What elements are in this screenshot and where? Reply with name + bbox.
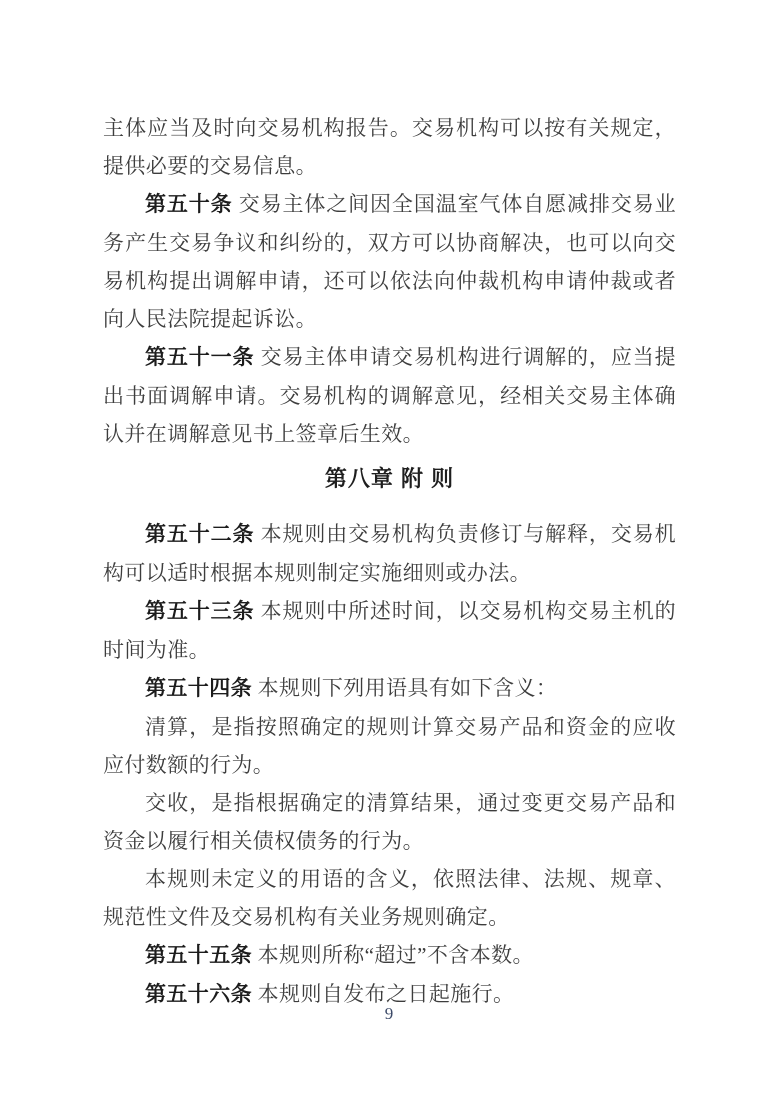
body-paragraph: 清算，是指按照确定的规则计算交易产品和资金的应收应付数额的行为。	[103, 708, 676, 784]
paragraph-text: 主体应当及时向交易机构报告。交易机构可以按有关规定，提供必要的交易信息。	[103, 116, 676, 178]
article-paragraph: 第五十一条 交易主体申请交易机构进行调解的，应当提出书面调解申请。交易机构的调解…	[103, 338, 676, 453]
paragraph-text: 本规则未定义的用语的含义，依照法律、法规、规章、规范性文件及交易机构有关业务规则…	[103, 867, 676, 929]
body-paragraph: 本规则未定义的用语的含义，依照法律、法规、规章、规范性文件及交易机构有关业务规则…	[103, 860, 676, 936]
paragraph-text: 本规则所称“超过”不含本数。	[258, 943, 534, 967]
article-number: 第五十四条	[145, 677, 252, 700]
article-number: 第五十三条	[145, 600, 254, 623]
body-paragraph: 交收，是指根据确定的清算结果，通过变更交易产品和资金以履行相关债权债务的行为。	[103, 784, 676, 860]
paragraph-text: 本规则下列用语具有如下含义：	[258, 676, 558, 700]
article-number: 第五十二条	[145, 523, 254, 546]
page-content: 主体应当及时向交易机构报告。交易机构可以按有关规定，提供必要的交易信息。第五十条…	[103, 109, 676, 1014]
article-paragraph: 第五十二条 本规则由交易机构负责修订与解释，交易机构可以适时根据本规则制定实施细…	[103, 515, 676, 592]
page-number: 9	[0, 1003, 778, 1025]
article-paragraph: 第五十三条 本规则中所述时间，以交易机构交易主机的时间为准。	[103, 592, 676, 669]
article-number: 第五十一条	[145, 346, 254, 369]
paragraph-text: 交收，是指根据确定的清算结果，通过变更交易产品和资金以履行相关债权债务的行为。	[103, 791, 676, 853]
body-paragraph: 主体应当及时向交易机构报告。交易机构可以按有关规定，提供必要的交易信息。	[103, 109, 676, 185]
article-paragraph: 第五十五条 本规则所称“超过”不含本数。	[103, 936, 676, 975]
article-paragraph: 第五十四条 本规则下列用语具有如下含义：	[103, 669, 676, 708]
article-number: 第五十条	[145, 193, 233, 216]
article-paragraph: 第五十条 交易主体之间因全国温室气体自愿减排交易业务产生交易争议和纠纷的，双方可…	[103, 185, 676, 338]
paragraph-text: 清算，是指按照确定的规则计算交易产品和资金的应收应付数额的行为。	[103, 715, 676, 777]
article-number: 第五十五条	[145, 944, 252, 967]
document-page: 主体应当及时向交易机构报告。交易机构可以按有关规定，提供必要的交易信息。第五十条…	[0, 0, 778, 1106]
chapter-heading: 第八章 附 则	[103, 460, 676, 498]
